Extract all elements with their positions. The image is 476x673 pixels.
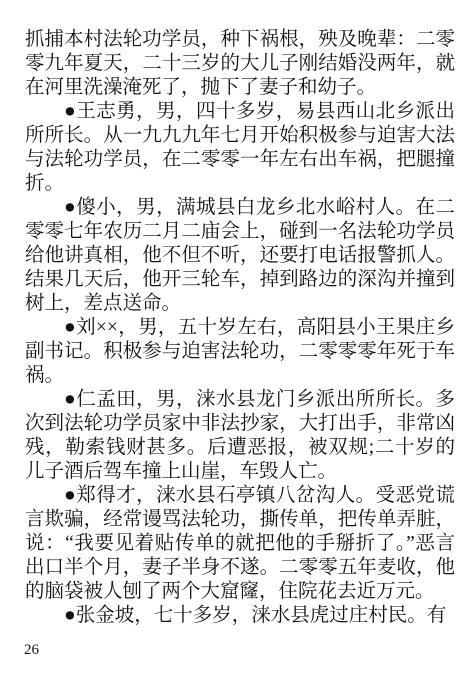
page-number: 26 — [24, 641, 39, 659]
paragraph: 抓捕本村法轮功学员，种下祸根，殃及晚辈：二零零九年夏天，二十三岁的大儿子刚结婚没… — [25, 28, 455, 100]
paragraph: ●刘××，男，五十岁左右，高阳县小王果庄乡副书记。积极参与迫害法轮功，二零零零年… — [25, 316, 455, 388]
paragraph: ●王志勇，男，四十多岁，易县西山北乡派出所所长。从一九九九年七月开始积极参与迫害… — [25, 100, 455, 196]
paragraph: ●仁孟田，男，涞水县龙门乡派出所所长。多次到法轮功学员家中非法抄家，大打出手，非… — [25, 388, 455, 484]
page-text: 抓捕本村法轮功学员，种下祸根，殃及晚辈：二零零九年夏天，二十三岁的大儿子刚结婚没… — [25, 28, 455, 628]
paragraph: ●郑得才，涞水县石亭镇八岔沟人。受恶党谎言欺骗，经常谩骂法轮功，撕传单，把传单弄… — [25, 484, 455, 604]
paragraph: ●傻小，男，满城县白龙乡北水峪村人。在二零零七年农历二月二庙会上，碰到一名法轮功… — [25, 196, 455, 316]
book-page: 抓捕本村法轮功学员，种下祸根，殃及晚辈：二零零九年夏天，二十三岁的大儿子刚结婚没… — [0, 0, 476, 673]
paragraph: ●张金坡，七十多岁，涞水县虎过庄村民。有 — [25, 604, 455, 628]
